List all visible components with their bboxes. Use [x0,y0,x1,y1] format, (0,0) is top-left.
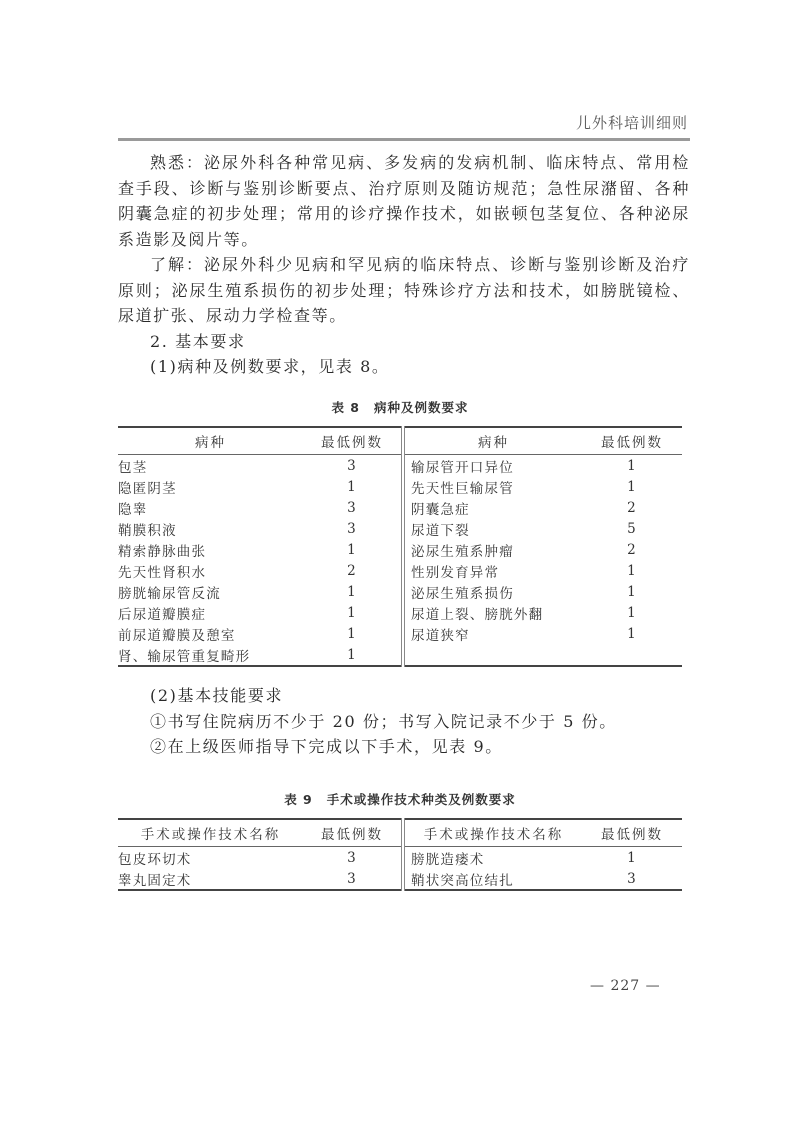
cell-count: 1 [582,847,682,869]
cell-name: 泌尿生殖系肿瘤 [403,539,582,560]
table-row: 隐匿阴茎1先天性巨输尿管1 [118,476,682,497]
list-item-1: (1)病种及例数要求，见表 8。 [118,354,690,380]
cell-name: 前尿道瓣膜及憩室 [118,623,303,644]
table-header-row: 病种 最低例数 病种 最低例数 [118,427,682,455]
cell-count: 5 [582,518,682,539]
table-8: 表 8病种及例数要求 病种 最低例数 病种 最低例数 包茎3输尿管开口异位1 隐… [118,398,682,667]
table-8-title: 病种及例数要求 [374,400,469,415]
table-row: 鞘膜积液3尿道下裂5 [118,518,682,539]
cell-count: 1 [303,581,403,602]
list-item-2-1: ①书写住院病历不少于 20 份；书写入院记录不少于 5 份。 [118,709,690,735]
cell-count: 1 [303,539,403,560]
cell-count: 3 [582,868,682,890]
list-item-2: (2)基本技能要求 [118,683,690,709]
column-header-min-count: 最低例数 [582,819,682,847]
list-item-2-2: ②在上级医师指导下完成以下手术，见表 9。 [118,734,690,760]
cell-count: 3 [303,868,403,890]
cell-name: 肾、输尿管重复畸形 [118,644,303,666]
column-header-min-count: 最低例数 [582,427,682,455]
table-row: 包茎3输尿管开口异位1 [118,455,682,477]
cell-count: 3 [303,518,403,539]
column-header-procedure: 手术或操作技术名称 [118,819,303,847]
cell-count: 2 [303,560,403,581]
column-header-procedure: 手术或操作技术名称 [403,819,582,847]
cell-name: 性别发育异常 [403,560,582,581]
cell-count: 1 [582,602,682,623]
cell-count: 1 [582,476,682,497]
cell-name: 睾丸固定术 [118,868,303,890]
table-8-caption: 表 8病种及例数要求 [118,398,682,416]
column-header-min-count: 最低例数 [303,427,403,455]
table-9-caption: 表 9手术或操作技术种类及例数要求 [118,790,682,808]
cell-count: 1 [582,581,682,602]
cell-name: 鞘膜积液 [118,518,303,539]
cell-count: 1 [303,623,403,644]
cell-name: 鞘状突高位结扎 [403,868,582,890]
table-8-grid: 病种 最低例数 病种 最低例数 包茎3输尿管开口异位1 隐匿阴茎1先天性巨输尿管… [118,426,682,667]
table-9-title: 手术或操作技术种类及例数要求 [327,792,516,807]
cell-name: 尿道狭窄 [403,623,582,644]
table-row: 肾、输尿管重复畸形1 [118,644,682,666]
column-header-min-count: 最低例数 [303,819,403,847]
cell-name [403,644,582,666]
cell-count: 2 [582,539,682,560]
table-row: 睾丸固定术3鞘状突高位结扎3 [118,868,682,890]
cell-name: 先天性肾积水 [118,560,303,581]
cell-name: 尿道上裂、膀胱外翻 [403,602,582,623]
running-header-title: 儿外科培训细则 [118,112,688,133]
cell-count: 1 [303,476,403,497]
column-header-disease: 病种 [118,427,303,455]
cell-name: 尿道下裂 [403,518,582,539]
cell-count: 3 [303,847,403,869]
table-9: 表 9手术或操作技术种类及例数要求 手术或操作技术名称 最低例数 手术或操作技术… [118,790,682,891]
cell-name: 泌尿生殖系损伤 [403,581,582,602]
cell-count: 3 [303,455,403,477]
cell-name: 隐睾 [118,497,303,518]
cell-name: 后尿道瓣膜症 [118,602,303,623]
cell-count: 1 [303,602,403,623]
cell-count: 1 [582,560,682,581]
cell-name: 包茎 [118,455,303,477]
cell-name: 精索静脉曲张 [118,539,303,560]
table-9-number: 表 9 [284,792,313,807]
table-row: 先天性肾积水2性别发育异常1 [118,560,682,581]
table-8-number: 表 8 [331,400,360,415]
cell-count: 1 [582,623,682,644]
header-rule [118,138,690,141]
cell-count: 3 [303,497,403,518]
table-row: 膀胱输尿管反流1泌尿生殖系损伤1 [118,581,682,602]
cell-count: 1 [303,644,403,666]
cell-count [582,644,682,666]
cell-name: 膀胱输尿管反流 [118,581,303,602]
table-row: 包皮环切术3膀胱造瘘术1 [118,847,682,869]
table-row: 隐睾3阴囊急症2 [118,497,682,518]
skills-section: (2)基本技能要求 ①书写住院病历不少于 20 份；书写入院记录不少于 5 份。… [118,683,690,760]
cell-name: 阴囊急症 [403,497,582,518]
page-number: — 227 — [590,978,661,994]
table-row: 后尿道瓣膜症1尿道上裂、膀胱外翻1 [118,602,682,623]
table-9-grid: 手术或操作技术名称 最低例数 手术或操作技术名称 最低例数 包皮环切术3膀胱造瘘… [118,818,682,891]
column-header-disease: 病种 [403,427,582,455]
paragraph-understand: 了解：泌尿外科少见病和罕见病的临床特点、诊断与鉴别诊断及治疗原则；泌尿生殖系损伤… [118,252,690,329]
cell-count: 1 [582,455,682,477]
table-row: 前尿道瓣膜及憩室1尿道狭窄1 [118,623,682,644]
section-heading: 2. 基本要求 [118,329,690,355]
table-row: 精索静脉曲张1泌尿生殖系肿瘤2 [118,539,682,560]
cell-name: 输尿管开口异位 [403,455,582,477]
paragraph-familiar: 熟悉：泌尿外科各种常见病、多发病的发病机制、临床特点、常用检查手段、诊断与鉴别诊… [118,150,690,252]
cell-name: 膀胱造瘘术 [403,847,582,869]
body-text: 熟悉：泌尿外科各种常见病、多发病的发病机制、临床特点、常用检查手段、诊断与鉴别诊… [118,150,690,380]
cell-count: 2 [582,497,682,518]
cell-name: 隐匿阴茎 [118,476,303,497]
table-header-row: 手术或操作技术名称 最低例数 手术或操作技术名称 最低例数 [118,819,682,847]
cell-name: 先天性巨输尿管 [403,476,582,497]
cell-name: 包皮环切术 [118,847,303,869]
